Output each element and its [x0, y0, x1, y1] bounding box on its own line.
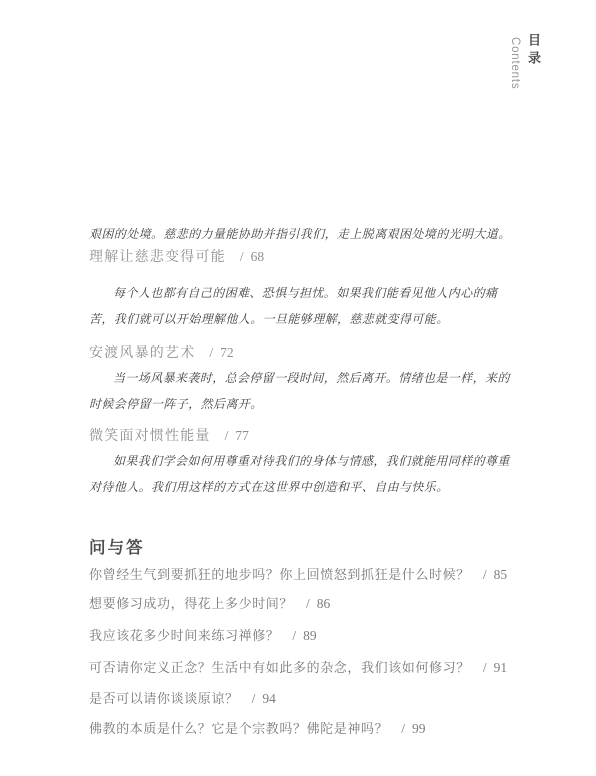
page-number: 77 — [235, 428, 249, 443]
chapter-heading: 安渡风暴的艺术/72 — [89, 342, 513, 363]
slash: / — [292, 628, 296, 643]
qa-question: 佛教的本质是什么？它是个宗教吗？佛陀是神吗？/99 — [89, 719, 513, 739]
chapter-title: 微笑面对惯性能量 — [89, 427, 211, 443]
slash: / — [401, 721, 405, 736]
qa-question-text: 是否可以请你谈谈原谅？ — [89, 691, 239, 706]
qa-question-text: 想要修习成功，得花上多少时间？ — [89, 596, 293, 611]
chapter-heading: 理解让慈悲变得可能/68 — [89, 246, 513, 267]
qa-question: 我应该花多少时间来练习禅修？/89 — [89, 626, 513, 646]
qa-question: 想要修习成功，得花上多少时间？/86 — [89, 594, 513, 614]
page-number: 86 — [317, 596, 331, 611]
qa-page-ref: /89 — [292, 628, 316, 643]
slash: / — [240, 249, 244, 264]
chapter-title: 安渡风暴的艺术 — [89, 344, 195, 360]
chapter-page-ref: /72 — [209, 345, 233, 360]
qa-question: 是否可以请你谈谈原谅？/94 — [89, 689, 513, 709]
page-number: 89 — [303, 628, 317, 643]
qa-question-text: 我应该花多少时间来练习禅修？ — [89, 628, 279, 643]
qa-page-ref: /85 — [483, 567, 507, 582]
page-number: 85 — [494, 567, 508, 582]
chapter-page-ref: /77 — [225, 428, 249, 443]
page-number: 68 — [251, 249, 265, 264]
page-number: 99 — [412, 721, 426, 736]
contents-title-chinese: 目录 — [524, 33, 543, 69]
page-number: 94 — [262, 691, 276, 706]
qa-question-text: 佛教的本质是什么？它是个宗教吗？佛陀是神吗？ — [89, 721, 388, 736]
slash: / — [306, 596, 310, 611]
qa-page-ref: /99 — [401, 721, 425, 736]
chapter-heading: 微笑面对惯性能量/77 — [89, 425, 513, 446]
slash: / — [483, 660, 487, 675]
page-number: 72 — [220, 345, 234, 360]
slash: / — [252, 691, 256, 706]
page-number: 91 — [494, 660, 508, 675]
qa-question: 你曾经生气到要抓狂的地步吗？你上回愤怒到抓狂是什么时候？/85 — [89, 565, 513, 585]
qa-section-title: 问与答 — [89, 537, 513, 559]
intro-continuation-text: 艰困的处境。慈悲的力量能协助并指引我们，走上脱离艰困处境的光明大道。 — [89, 221, 513, 247]
contents-title-english: Contents — [509, 37, 521, 89]
book-contents-page: 目录 Contents 艰困的处境。慈悲的力量能协助并指引我们，走上脱离艰困处境… — [0, 0, 596, 776]
qa-question: 可否请你定义正念？生活中有如此多的杂念，我们该如何修习？/91 — [89, 658, 513, 678]
slash: / — [225, 428, 229, 443]
qa-page-ref: /94 — [252, 691, 276, 706]
qa-page-ref: /86 — [306, 596, 330, 611]
chapter-page-ref: /68 — [240, 249, 264, 264]
chapter-summary: 如果我们学会如何用尊重对待我们的身体与情感，我们就能用同样的尊重对待他人。我们用… — [89, 448, 513, 500]
qa-question-text: 你曾经生气到要抓狂的地步吗？你上回愤怒到抓狂是什么时候？ — [89, 567, 470, 582]
chapter-summary: 每个人也都有自己的困难、恐惧与担忧。如果我们能看见他人内心的痛苦，我们就可以开始… — [89, 280, 513, 332]
slash: / — [483, 567, 487, 582]
chapter-title: 理解让慈悲变得可能 — [89, 248, 226, 264]
chapter-summary: 当一场风暴来袭时，总会停留一段时间，然后离开。情绪也是一样，来的时候会停留一阵子… — [89, 365, 513, 417]
qa-page-ref: /91 — [483, 660, 507, 675]
slash: / — [209, 345, 213, 360]
qa-question-text: 可否请你定义正念？生活中有如此多的杂念，我们该如何修习？ — [89, 660, 470, 675]
